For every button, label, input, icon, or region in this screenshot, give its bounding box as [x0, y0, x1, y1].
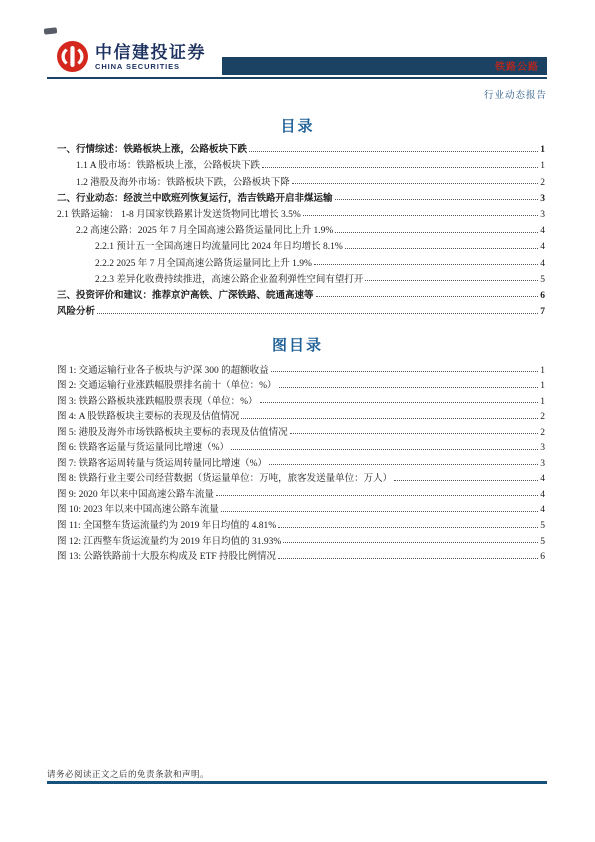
figure-entry-text: 图 9: 2020 年以来中国高速公路车流量 [57, 486, 214, 500]
figure-entry-page: 4 [540, 505, 545, 515]
toc-entry-text: 二、行业动态：经波兰中欧班列恢复运行，浩吉铁路开启非煤运输 [57, 190, 333, 204]
figure-entry-text: 图 3: 铁路公路板块涨跌幅股票表现（单位：%） [57, 393, 258, 407]
industry-tag-label: 铁路公路 [495, 62, 539, 73]
toc-entry-page: 4 [540, 242, 545, 252]
dotted-leader [316, 296, 539, 297]
figure-entry-text: 图 5: 港股及海外市场铁路板块主要标的表现及估值情况 [57, 424, 288, 438]
toc-entry-page: 7 [540, 307, 545, 317]
dotted-leader [231, 449, 538, 450]
toc-entry-page: 6 [540, 291, 545, 301]
toc-entry[interactable]: 1.2 港股及海外市场：铁路板块下跌，公路板块下降2 [57, 171, 545, 187]
dotted-leader [279, 387, 539, 388]
figure-entry-page: 5 [540, 537, 545, 547]
report-page: 中信建投证券 CHINA SECURITIES 铁路公路 行业动态报告 目录 一… [0, 0, 595, 842]
dotted-leader [278, 558, 538, 559]
figure-entry-text: 图 4: A 股铁路板块主要标的表现及估值情况 [57, 408, 239, 422]
figure-entry-page: 2 [540, 412, 545, 422]
figure-entry-page: 1 [540, 397, 545, 407]
toc-entry-text: 2.2.3 差异化收费持续推进，高速公路企业盈利弹性空间有望打开 [95, 271, 363, 285]
toc-entry-text: 2.2 高速公路：2025 年 7 月全国高速公路货运量同比上升 1.9% [76, 222, 333, 236]
figure-entry[interactable]: 图 10: 2023 年以来中国高速公路车流量4 [57, 500, 545, 516]
brand-logo: 中信建投证券 CHINA SECURITIES [56, 40, 206, 73]
toc-entry-text: 风险分析 [57, 303, 95, 317]
dotted-leader [394, 480, 538, 481]
figure-entry-text: 图 12: 江西整车货运流量约为 2019 年日均值的 31.93% [57, 533, 281, 547]
figure-entry-page: 3 [540, 443, 545, 453]
dotted-leader [262, 167, 538, 168]
figure-entry[interactable]: 图 1: 交通运输行业各子板块与沪深 300 的超额收益1 [57, 360, 545, 376]
dotted-leader [303, 215, 538, 216]
toc-entry-page: 4 [540, 259, 545, 269]
toc-entry[interactable]: 一、行情综述：铁路板块上涨，公路板块下跌1 [57, 139, 545, 155]
figure-toc-list: 图 1: 交通运输行业各子板块与沪深 300 的超额收益1图 2: 交通运输行业… [57, 360, 545, 562]
toc-entry-page: 2 [540, 178, 545, 188]
figure-entry-text: 图 2: 交通运输行业涨跌幅股票排名前十（单位：%） [57, 377, 277, 391]
figure-entry-page: 1 [540, 366, 545, 376]
toc-entry-text: 2.2.1 预计五一全国高速日均流量同比 2024 年日均增长 8.1% [95, 238, 343, 252]
toc-entry-text: 2.2.2 2025 年 7 月全国高速公路货运量同比上升 1.9% [95, 255, 312, 269]
toc-entry-page: 1 [540, 145, 545, 155]
toc-entry[interactable]: 2.2.1 预计五一全国高速日均流量同比 2024 年日均增长 8.1%4 [57, 236, 545, 252]
dotted-leader [97, 313, 538, 314]
figure-entry[interactable]: 图 12: 江西整车货运流量约为 2019 年日均值的 31.93%5 [57, 531, 545, 547]
figure-entry[interactable]: 图 6: 铁路客运量与货运量同比增速（%）3 [57, 438, 545, 454]
dotted-leader [335, 232, 538, 233]
figure-entry[interactable]: 图 8: 铁路行业主要公司经营数据（货运量单位：万吨，旅客发送量单位：万人）4 [57, 469, 545, 485]
dotted-leader [365, 280, 538, 281]
figure-entry-text: 图 1: 交通运输行业各子板块与沪深 300 的超额收益 [57, 362, 269, 376]
toc-entry-page: 3 [540, 210, 545, 220]
toc-entry-text: 三、投资评价和建议：推荐京沪高铁、广深铁路、皖通高速等 [57, 287, 314, 301]
toc-entry-text: 2.1 铁路运输： 1-8 月国家铁路累计发送货物同比增长 3.5% [57, 206, 301, 220]
toc-list: 一、行情综述：铁路板块上涨，公路板块下跌11.1 A 股市场：铁路板块上涨，公路… [57, 139, 545, 317]
dotted-leader [260, 402, 539, 403]
figure-entry[interactable]: 图 3: 铁路公路板块涨跌幅股票表现（单位：%）1 [57, 391, 545, 407]
figure-entry-page: 5 [540, 521, 545, 531]
dotted-leader [345, 248, 538, 249]
dotted-leader [241, 418, 538, 419]
toc-entry[interactable]: 1.1 A 股市场：铁路板块上涨，公路板块下跌1 [57, 155, 545, 171]
figure-entry[interactable]: 图 13: 公路铁路前十大股东构成及 ETF 持股比例情况6 [57, 547, 545, 563]
toc-entry-page: 4 [540, 226, 545, 236]
toc-entry[interactable]: 三、投资评价和建议：推荐京沪高铁、广深铁路、皖通高速等6 [57, 285, 545, 301]
toc-entry[interactable]: 风险分析7 [57, 301, 545, 317]
figure-entry-text: 图 8: 铁路行业主要公司经营数据（货运量单位：万吨，旅客发送量单位：万人） [57, 470, 392, 484]
toc-entry-page: 1 [540, 161, 545, 171]
figure-entry-text: 图 11: 全国整车货运流量约为 2019 年日均值的 4.81% [57, 517, 276, 531]
dotted-leader [335, 199, 539, 200]
dotted-leader [249, 151, 538, 152]
footer-divider [47, 781, 547, 784]
header-divider [47, 77, 547, 79]
brand-name-cn: 中信建投证券 [95, 43, 206, 62]
figure-entry-page: 1 [540, 381, 545, 391]
toc-entry-text: 1.1 A 股市场：铁路板块上涨，公路板块下跌 [76, 157, 260, 171]
toc-entry-page: 5 [540, 275, 545, 285]
figure-entry-text: 图 6: 铁路客运量与货运量同比增速（%） [57, 439, 229, 453]
toc-entry[interactable]: 2.1 铁路运输： 1-8 月国家铁路累计发送货物同比增长 3.5%3 [57, 204, 545, 220]
figure-entry[interactable]: 图 9: 2020 年以来中国高速公路车流量4 [57, 484, 545, 500]
figure-entry-page: 4 [540, 490, 545, 500]
dotted-leader [278, 527, 538, 528]
toc-title: 目录 [0, 115, 595, 136]
brand-name-en: CHINA SECURITIES [95, 62, 206, 71]
toc-entry[interactable]: 二、行业动态：经波兰中欧班列恢复运行，浩吉铁路开启非煤运输3 [57, 188, 545, 204]
figure-entry-page: 6 [540, 552, 545, 562]
toc-entry-page: 3 [540, 194, 545, 204]
dotted-leader [271, 371, 539, 372]
toc-entry[interactable]: 2.2.3 差异化收费持续推进，高速公路企业盈利弹性空间有望打开5 [57, 269, 545, 285]
figure-entry-page: 3 [540, 459, 545, 469]
footer-disclaimer: 请务必阅读正文之后的免责条款和声明。 [47, 768, 209, 780]
figure-entry[interactable]: 图 4: A 股铁路板块主要标的表现及估值情况2 [57, 407, 545, 423]
figure-entry[interactable]: 图 2: 交通运输行业涨跌幅股票排名前十（单位：%）1 [57, 376, 545, 392]
dotted-leader [269, 464, 538, 465]
scan-artifact [44, 27, 58, 34]
dotted-leader [290, 433, 539, 434]
toc-entry[interactable]: 2.2 高速公路：2025 年 7 月全国高速公路货运量同比上升 1.9%4 [57, 220, 545, 236]
figure-toc-title: 图目录 [0, 334, 595, 355]
toc-entry[interactable]: 2.2.2 2025 年 7 月全国高速公路货运量同比上升 1.9%4 [57, 252, 545, 268]
figure-entry-page: 2 [540, 428, 545, 438]
toc-entry-text: 一、行情综述：铁路板块上涨，公路板块下跌 [57, 141, 247, 155]
dotted-leader [314, 264, 538, 265]
dotted-leader [221, 511, 538, 512]
industry-tag-bar: 铁路公路 [222, 57, 547, 75]
figure-entry[interactable]: 图 11: 全国整车货运流量约为 2019 年日均值的 4.81%5 [57, 515, 545, 531]
figure-entry[interactable]: 图 5: 港股及海外市场铁路板块主要标的表现及估值情况2 [57, 422, 545, 438]
toc-entry-text: 1.2 港股及海外市场：铁路板块下跌，公路板块下降 [76, 174, 290, 188]
dotted-leader [216, 495, 538, 496]
dotted-leader [292, 183, 538, 184]
figure-entry-text: 图 10: 2023 年以来中国高速公路车流量 [57, 501, 219, 515]
figure-entry-text: 图 7: 铁路客运周转量与货运周转量同比增速（%） [57, 455, 267, 469]
brand-text: 中信建投证券 CHINA SECURITIES [95, 43, 206, 71]
figure-entry-text: 图 13: 公路铁路前十大股东构成及 ETF 持股比例情况 [57, 548, 276, 562]
figure-entry-page: 4 [540, 474, 545, 484]
report-type-label: 行业动态报告 [484, 87, 547, 101]
figure-entry[interactable]: 图 7: 铁路客运周转量与货运周转量同比增速（%）3 [57, 453, 545, 469]
dotted-leader [283, 542, 538, 543]
citic-logo-icon [56, 40, 89, 73]
